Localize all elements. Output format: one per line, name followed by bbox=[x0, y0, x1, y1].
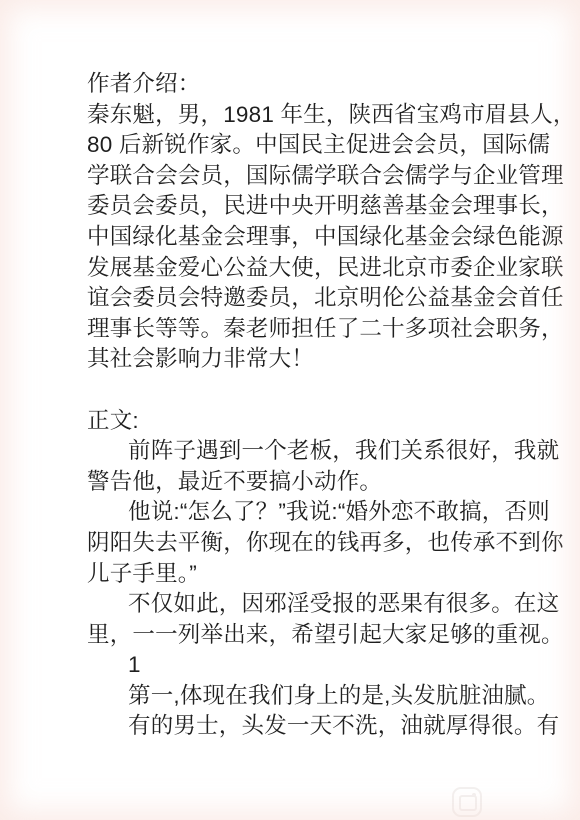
text-line: 有的男士，头发一天不洗，油就厚得很。有 bbox=[87, 711, 568, 742]
text-line: 中国绿化基金会理事，中国绿化基金会绿色能源 bbox=[87, 222, 568, 253]
text-line: 第一,体现在我们身上的是,头发肮脏油腻。 bbox=[87, 681, 568, 712]
text-line: 80 后新锐作家。中国民主促进会会员，国际儒 bbox=[87, 130, 568, 161]
text-line: 他说:“怎么了？”我说:“婚外恋不敢搞，否则 bbox=[87, 497, 568, 528]
text-line: 理事长等等。秦老师担任了二十多项社会职务， bbox=[87, 314, 568, 345]
text-line: 里，一一列举出来，希望引起大家足够的重视。 bbox=[87, 620, 568, 651]
text-line: 作者介绍： bbox=[87, 69, 568, 100]
app-logo-watermark-dot bbox=[472, 793, 476, 797]
reader-page: 作者介绍：秦东魁，男，1981 年生，陕西省宝鸡市眉县人，80 后新锐作家。中国… bbox=[0, 0, 580, 820]
app-logo-watermark-inner-shape bbox=[459, 795, 477, 811]
text-line: 其社会影响力非常大！ bbox=[87, 344, 568, 375]
text-line: 阴阳失去平衡，你现在的钱再多，也传承不到你 bbox=[87, 528, 568, 559]
text-line bbox=[87, 375, 568, 406]
text-line: 警告他，最近不要搞小动作。 bbox=[87, 467, 568, 498]
text-line: 委员会委员，民进中央开明慈善基金会理事长， bbox=[87, 191, 568, 222]
text-line: 正文: bbox=[87, 406, 568, 437]
text-line: 谊会委员会特邀委员，北京明伦公益基金会首任 bbox=[87, 283, 568, 314]
text-lines: 作者介绍：秦东魁，男，1981 年生，陕西省宝鸡市眉县人，80 后新锐作家。中国… bbox=[87, 69, 568, 742]
text-line: 秦东魁，男，1981 年生，陕西省宝鸡市眉县人， bbox=[87, 100, 568, 131]
app-logo-watermark-icon bbox=[452, 787, 482, 817]
text-line: 儿子手里。” bbox=[87, 559, 568, 590]
text-line: 前阵子遇到一个老板，我们关系很好，我就 bbox=[87, 436, 568, 467]
text-line: 发展基金爱心公益大使，民进北京市委企业家联 bbox=[87, 253, 568, 284]
text-line: 不仅如此，因邪淫受报的恶果有很多。在这 bbox=[87, 589, 568, 620]
text-line: 1 bbox=[87, 650, 568, 681]
document-text-area: 作者介绍：秦东魁，男，1981 年生，陕西省宝鸡市眉县人，80 后新锐作家。中国… bbox=[0, 0, 580, 820]
text-line: 学联合会会员，国际儒学联合会儒学与企业管理 bbox=[87, 161, 568, 192]
